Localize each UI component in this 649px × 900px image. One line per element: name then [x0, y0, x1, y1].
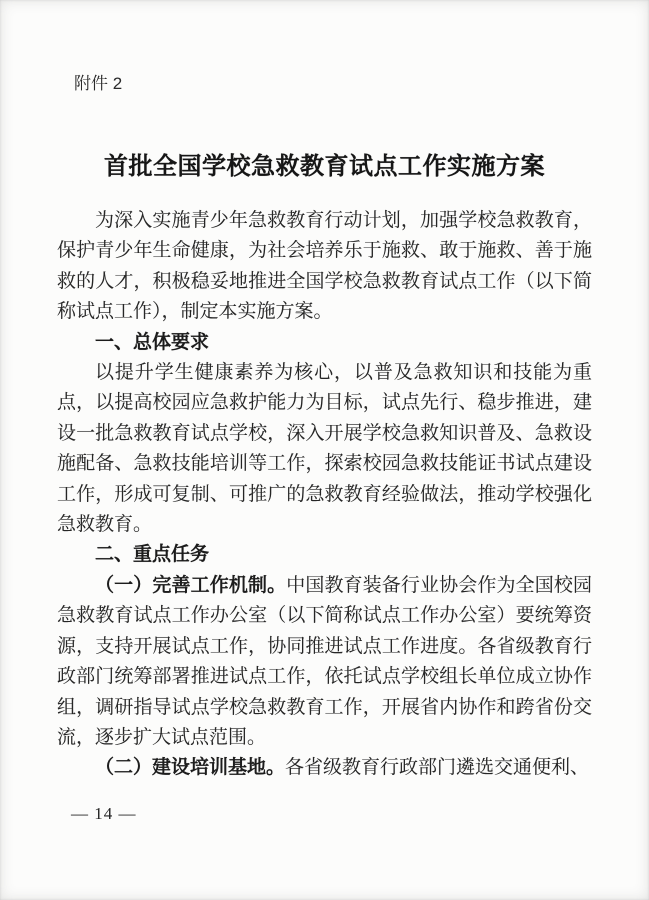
- section-2-item-1-text: 中国教育装备行业协会作为全国校园急救教育试点工作办公室（以下简称试点工作办公室）…: [57, 575, 592, 748]
- intro-paragraph: 为深入实施青少年急救教育行动计划，加强学校急救教育，保护青少年生命健康，为社会培…: [57, 206, 592, 328]
- section-heading-2: 二、重点任务: [57, 540, 592, 570]
- section-2-item-2: （二）建设培训基地。各省级教育行政部门遴选交通便利、: [57, 753, 592, 783]
- section-heading-1: 一、总体要求: [57, 328, 592, 358]
- document-body: 为深入实施青少年急救教育行动计划，加强学校急救教育，保护青少年生命健康，为社会培…: [57, 206, 592, 784]
- section-2-item-2-text: 各省级教育行政部门遴选交通便利、: [285, 757, 589, 778]
- section-2-item-2-lead: （二）建设培训基地。: [95, 757, 285, 778]
- section-1-paragraph: 以提升学生健康素养为核心，以普及急救知识和技能为重点，以提高校园应急救护能力为目…: [57, 358, 592, 540]
- section-2-item-1: （一）完善工作机制。中国教育装备行业协会作为全国校园急救教育试点工作办公室（以下…: [57, 571, 592, 753]
- scanned-document-page: 附件 2 首批全国学校急救教育试点工作实施方案 为深入实施青少年急救教育行动计划…: [0, 0, 649, 900]
- page-number: — 14 —: [71, 804, 137, 824]
- document-title: 首批全国学校急救教育试点工作实施方案: [57, 150, 592, 184]
- attachment-label: 附件 2: [74, 72, 122, 96]
- section-2-item-1-lead: （一）完善工作机制。: [95, 575, 286, 596]
